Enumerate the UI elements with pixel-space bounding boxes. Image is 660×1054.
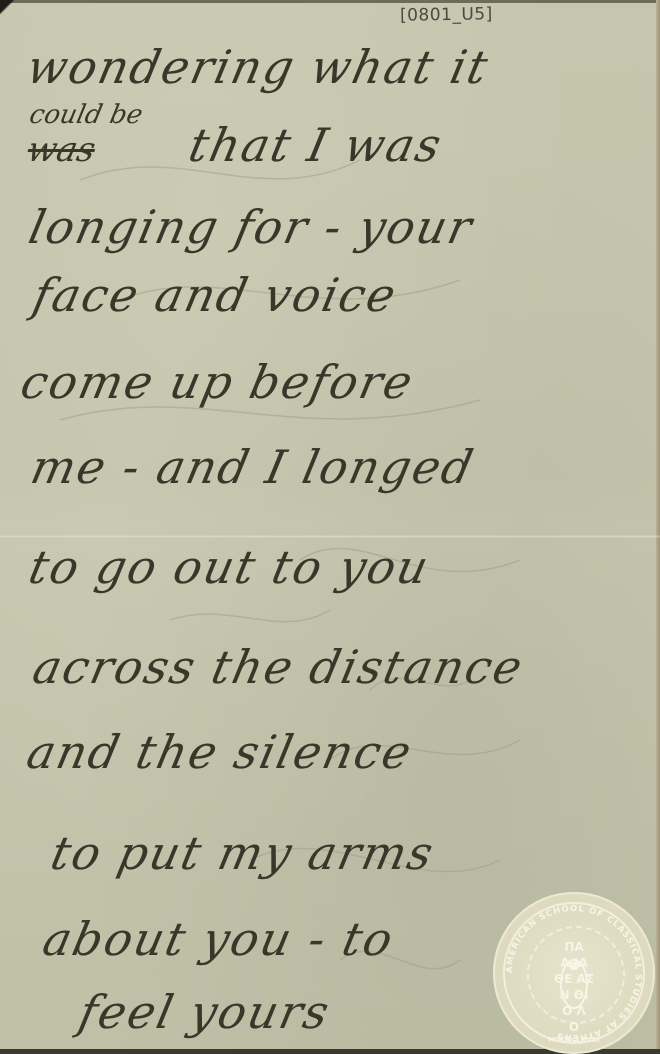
letter-line-9: and the silence — [22, 725, 417, 779]
letter-line-6: me - and I longed — [26, 440, 479, 494]
seal-greek-row-3: ΘΕ ΑΣ — [531, 972, 617, 986]
letter-line-1: wondering what it — [22, 40, 494, 94]
letter-line-4: face and voice — [28, 268, 402, 322]
letter-page: [0801_U5] wondering what it could be was… — [0, 0, 660, 1054]
seal-greek-row-2: Α ΙΑ — [533, 956, 615, 970]
letter-line-11: about you - to — [38, 912, 399, 966]
letter-line-7: to go out to you — [24, 540, 435, 594]
seal-greek-row-6: Ο — [563, 1020, 585, 1034]
seal-greek-row-1: ΠΑ — [553, 940, 595, 954]
letter-line-10: to put my arms — [46, 826, 439, 880]
embossed-seal: AMERICAN SCHOOL OF CLASSICAL STUDIES AT … — [493, 892, 655, 1054]
seal-year: MDCCCLXXXI — [539, 1036, 609, 1044]
letter-line-2: that I was — [184, 118, 447, 172]
seal-greek-row-5: Ο Λ — [537, 1004, 611, 1018]
letter-insert-above-line-2: could be — [27, 100, 146, 130]
letter-line-8: across the distance — [28, 640, 528, 694]
seal-greek-row-4: Ν ΘΙ — [533, 988, 615, 1002]
letter-line-5: come up before — [16, 355, 419, 409]
letter-line-12: feel yours — [74, 985, 335, 1039]
letter-line-3: longing for - your — [24, 200, 478, 254]
letter-struck-word: was — [24, 130, 99, 170]
